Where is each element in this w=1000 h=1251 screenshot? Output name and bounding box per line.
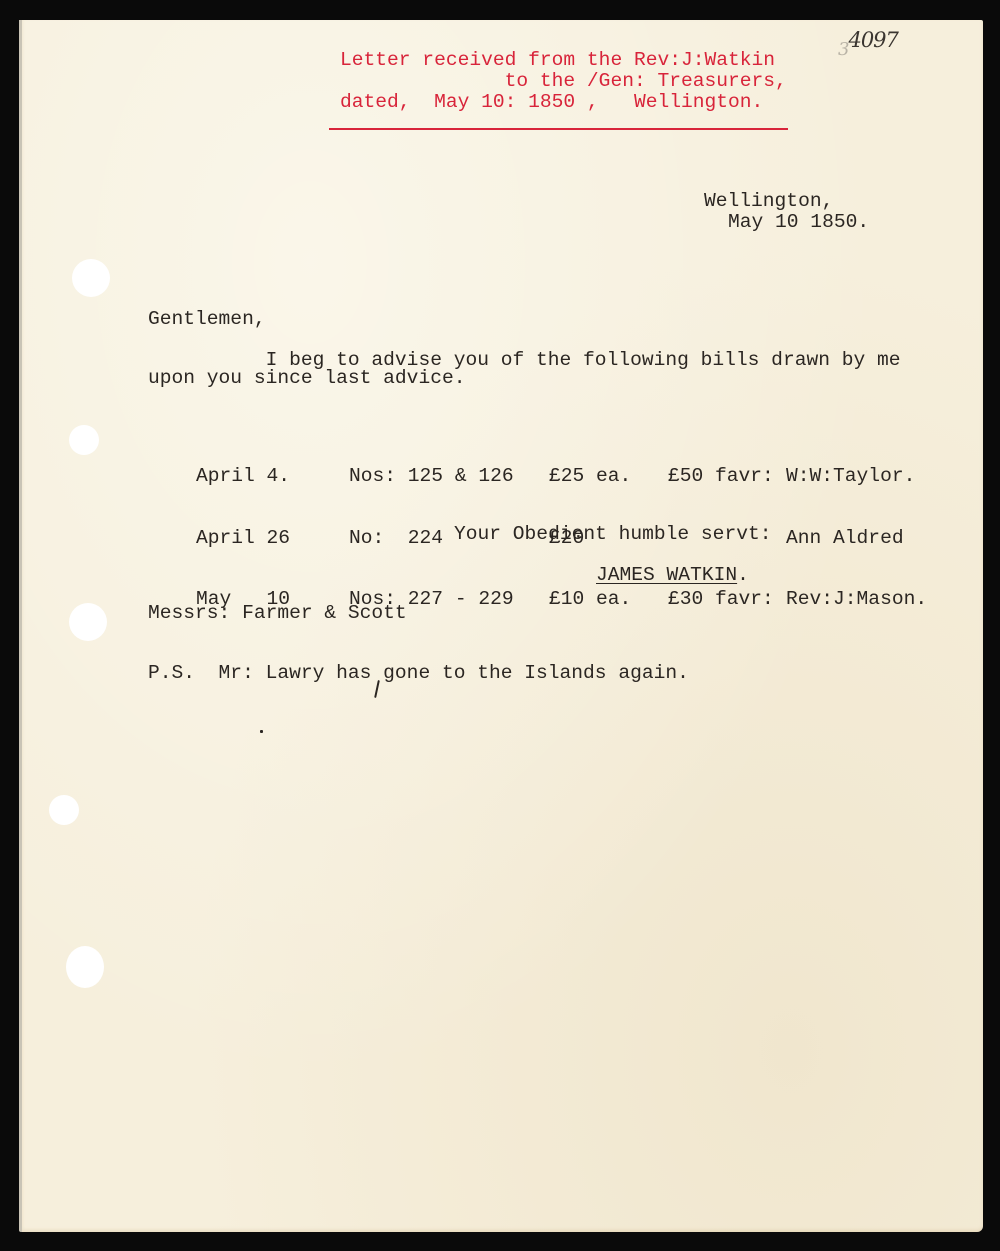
bill-amount-each: £10 ea. bbox=[549, 589, 631, 610]
bill-total: £50 bbox=[668, 466, 703, 487]
salutation: Gentlemen, bbox=[148, 309, 266, 330]
body-line-2: upon you since last advice. bbox=[148, 368, 465, 389]
bill-total: £30 bbox=[668, 589, 703, 610]
archive-reference-faint-prefix: 3 bbox=[838, 39, 848, 60]
punch-hole bbox=[66, 946, 104, 988]
archive-reference-number: 34097 bbox=[838, 28, 898, 52]
header-divider bbox=[329, 128, 788, 130]
bill-numbers: Nos: 125 & 126 bbox=[349, 466, 514, 487]
punch-hole bbox=[69, 425, 99, 455]
bill-date: April 4. bbox=[196, 466, 290, 487]
bill-row: April 4. Nos: 125 & 126 £25 ea. £50 favr… bbox=[196, 466, 243, 487]
signature-block: JAMES WATKIN. bbox=[596, 565, 749, 586]
archive-reference-value: 4097 bbox=[848, 28, 897, 52]
closing: Your Obedient humble servt: bbox=[454, 524, 771, 545]
header-note-line-3: dated, May 10: 1850 , Wellington. bbox=[340, 92, 763, 113]
bill-row: April 26 No: 224 £20 Ann Aldred bbox=[196, 528, 243, 549]
ink-speck bbox=[260, 730, 263, 733]
header-note-line-2: to the /Gen: Treasurers, bbox=[340, 71, 787, 92]
letter-date: May 10 1850. bbox=[728, 212, 869, 233]
punch-hole bbox=[49, 795, 79, 825]
signature-period: . bbox=[737, 564, 749, 586]
bill-payee: Rev:J:Mason. bbox=[786, 589, 927, 610]
header-note-line-1: Letter received from the Rev:J:Watkin bbox=[340, 50, 775, 71]
punch-hole bbox=[72, 259, 110, 297]
postscript: P.S. Mr: Lawry has gone to the Islands a… bbox=[148, 663, 689, 684]
signature: JAMES WATKIN bbox=[596, 564, 737, 586]
bill-numbers: No: 224 bbox=[349, 528, 443, 549]
addressee: Messrs: Farmer & Scott bbox=[148, 603, 407, 624]
letter-page bbox=[19, 20, 983, 1232]
letter-place: Wellington, bbox=[704, 191, 833, 212]
bill-payee: W:W:Taylor. bbox=[786, 466, 915, 487]
bill-amount-each: £25 ea. bbox=[549, 466, 631, 487]
bills-table: April 4. Nos: 125 & 126 £25 ea. £50 favr… bbox=[196, 425, 243, 630]
bill-favour-label: favr: bbox=[715, 589, 774, 610]
punch-hole bbox=[69, 603, 107, 641]
bill-favour-label: favr: bbox=[715, 466, 774, 487]
bill-date: April 26 bbox=[196, 528, 290, 549]
bill-payee: Ann Aldred bbox=[786, 528, 904, 549]
